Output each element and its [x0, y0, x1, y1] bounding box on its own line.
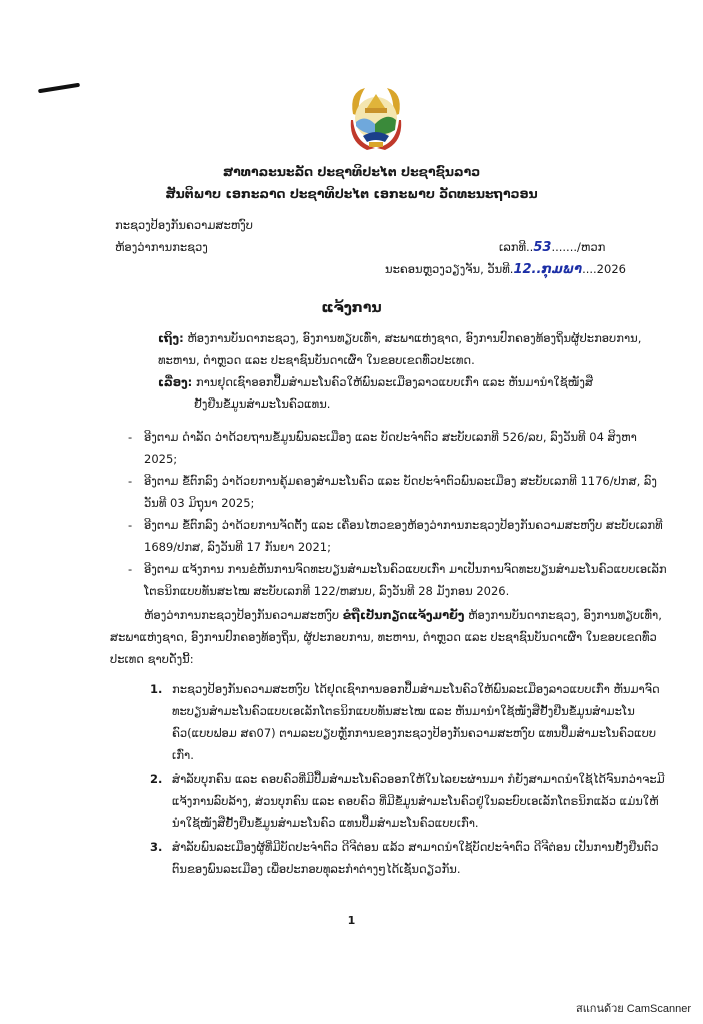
handwritten-date: 12..ກຸມພາ [513, 262, 582, 277]
subject-line-1: ການຢຸດເຊົາອອກປຶ້ມສໍາມະໂນຄົວໃຫ້ພົນລະເມືອງ… [196, 375, 593, 389]
date-year: ....2026 [582, 262, 626, 276]
legal-reference-item: ອີງຕາມ ຂໍ້ຕົກລົງ ວ່າດ້ວຍການຄຸ້ມຄອງສໍາມະໂ… [128, 470, 668, 514]
place-prefix: ນະຄອນຫຼວງວຽງຈັນ, ວັນທີ. [385, 262, 513, 276]
notice-item-number: 3. [150, 836, 162, 858]
notice-items-list: 1. ກະຊວງປ້ອງກັນຄວາມສະຫງົບ ໄດ້ຢຸດເຊົາການອ… [150, 678, 670, 882]
notice-item-number: 1. [150, 678, 162, 700]
subject-line-2: ຢັ້ງຢືນຂໍ້ມູນສໍາມະໂນຄົວແທນ. [158, 393, 648, 415]
notice-item-text: ກະຊວງປ້ອງກັນຄວາມສະຫງົບ ໄດ້ຢຸດເຊົາການອອກປ… [172, 682, 660, 762]
intro-start: ຫ້ອງວ່າການກະຊວງປ້ອງກັນຄວາມສະຫງົບ [144, 608, 339, 622]
legal-reference-item: ອີງຕາມ ແຈ້ງການ ການຂໍຫັນການຈົດທະບຽນສໍາມະໂ… [128, 558, 668, 602]
document-title: ແຈ້ງການ [0, 300, 703, 316]
notice-item-number: 2. [150, 768, 162, 790]
recipients-label: ເຖິງ: [158, 331, 184, 345]
recipients-text: ຫ້ອງການບັນດາກະຊວງ, ອົງການທຽບເທົ່າ, ສະພາແ… [158, 331, 641, 367]
document-page: ສາທາລະນະລັດ ປະຊາທິປະໄຕ ປະຊາຊົນລາວ ສັນຕິພ… [0, 0, 703, 1024]
subject-label: ເລື່ອງ: [158, 375, 192, 389]
intro-bold: ຂໍຖືເປັນກຽດແຈ້ງມາຍັງ [343, 608, 465, 622]
reference-prefix: ເລກທີ.. [499, 240, 533, 254]
camscanner-watermark: สแกนด้วย CamScanner [576, 999, 691, 1017]
subject: ເລື່ອງ: ການຢຸດເຊົາອອກປຶ້ມສໍາມະໂນຄົວໃຫ້ພົ… [158, 371, 648, 415]
notice-item-text: ສໍາລັບພົນລະເມືອງຜູ້ທີ່ມີບັດປະຈໍາຕົວ ດີຈີ… [172, 840, 659, 876]
place-and-date: ນະຄອນຫຼວງວຽງຈັນ, ວັນທີ.12..ກຸມພາ....2026 [385, 262, 626, 277]
page-number: 1 [0, 914, 703, 927]
issuing-ministry: ກະຊວງປ້ອງກັນຄວາມສະຫງົບ [115, 218, 253, 232]
issuing-cabinet: ຫ້ອງວ່າການກະຊວງ [115, 240, 208, 254]
notice-item: 3. ສໍາລັບພົນລະເມືອງຜູ້ທີ່ມີບັດປະຈໍາຕົວ ດ… [150, 836, 670, 880]
legal-references-list: ອີງຕາມ ດໍາລັດ ວ່າດ້ວຍຖານຂໍ້ມູນພົນລະເມືອງ… [128, 426, 668, 602]
lao-national-emblem-icon [345, 84, 407, 152]
intro-paragraph: ຫ້ອງວ່າການກະຊວງປ້ອງກັນຄວາມສະຫງົບ ຂໍຖືເປັ… [110, 604, 670, 670]
notice-item: 1. ກະຊວງປ້ອງກັນຄວາມສະຫງົບ ໄດ້ຢຸດເຊົາການອ… [150, 678, 670, 766]
reference-handwritten-number: 53 [533, 240, 551, 255]
country-name-heading: ສາທາລະນະລັດ ປະຊາທິປະໄຕ ປະຊາຊົນລາວ [0, 164, 703, 179]
recipients: ເຖິງ: ຫ້ອງການບັນດາກະຊວງ, ອົງການທຽບເທົ່າ,… [158, 327, 648, 371]
notice-item-text: ສໍາລັບບຸກຄົນ ແລະ ຄອບຄົວທີ່ມີປຶ້ມສໍາມະໂນຄ… [172, 772, 665, 830]
pen-stroke-mark [38, 83, 80, 94]
national-motto-heading: ສັນຕິພາບ ເອກະລາດ ປະຊາທິປະໄຕ ເອກະພາບ ວັດທ… [0, 186, 703, 201]
legal-reference-item: ອີງຕາມ ດໍາລັດ ວ່າດ້ວຍຖານຂໍ້ມູນພົນລະເມືອງ… [128, 426, 668, 470]
legal-reference-item: ອີງຕາມ ຂໍ້ຕົກລົງ ວ່າດ້ວຍການຈັດຕັ້ງ ແລະ ເ… [128, 514, 668, 558]
notice-item: 2. ສໍາລັບບຸກຄົນ ແລະ ຄອບຄົວທີ່ມີປຶ້ມສໍາມະ… [150, 768, 670, 834]
reference-number: ເລກທີ..53......./ຫວກ [499, 240, 605, 255]
reference-suffix: ......./ຫວກ [551, 240, 605, 254]
